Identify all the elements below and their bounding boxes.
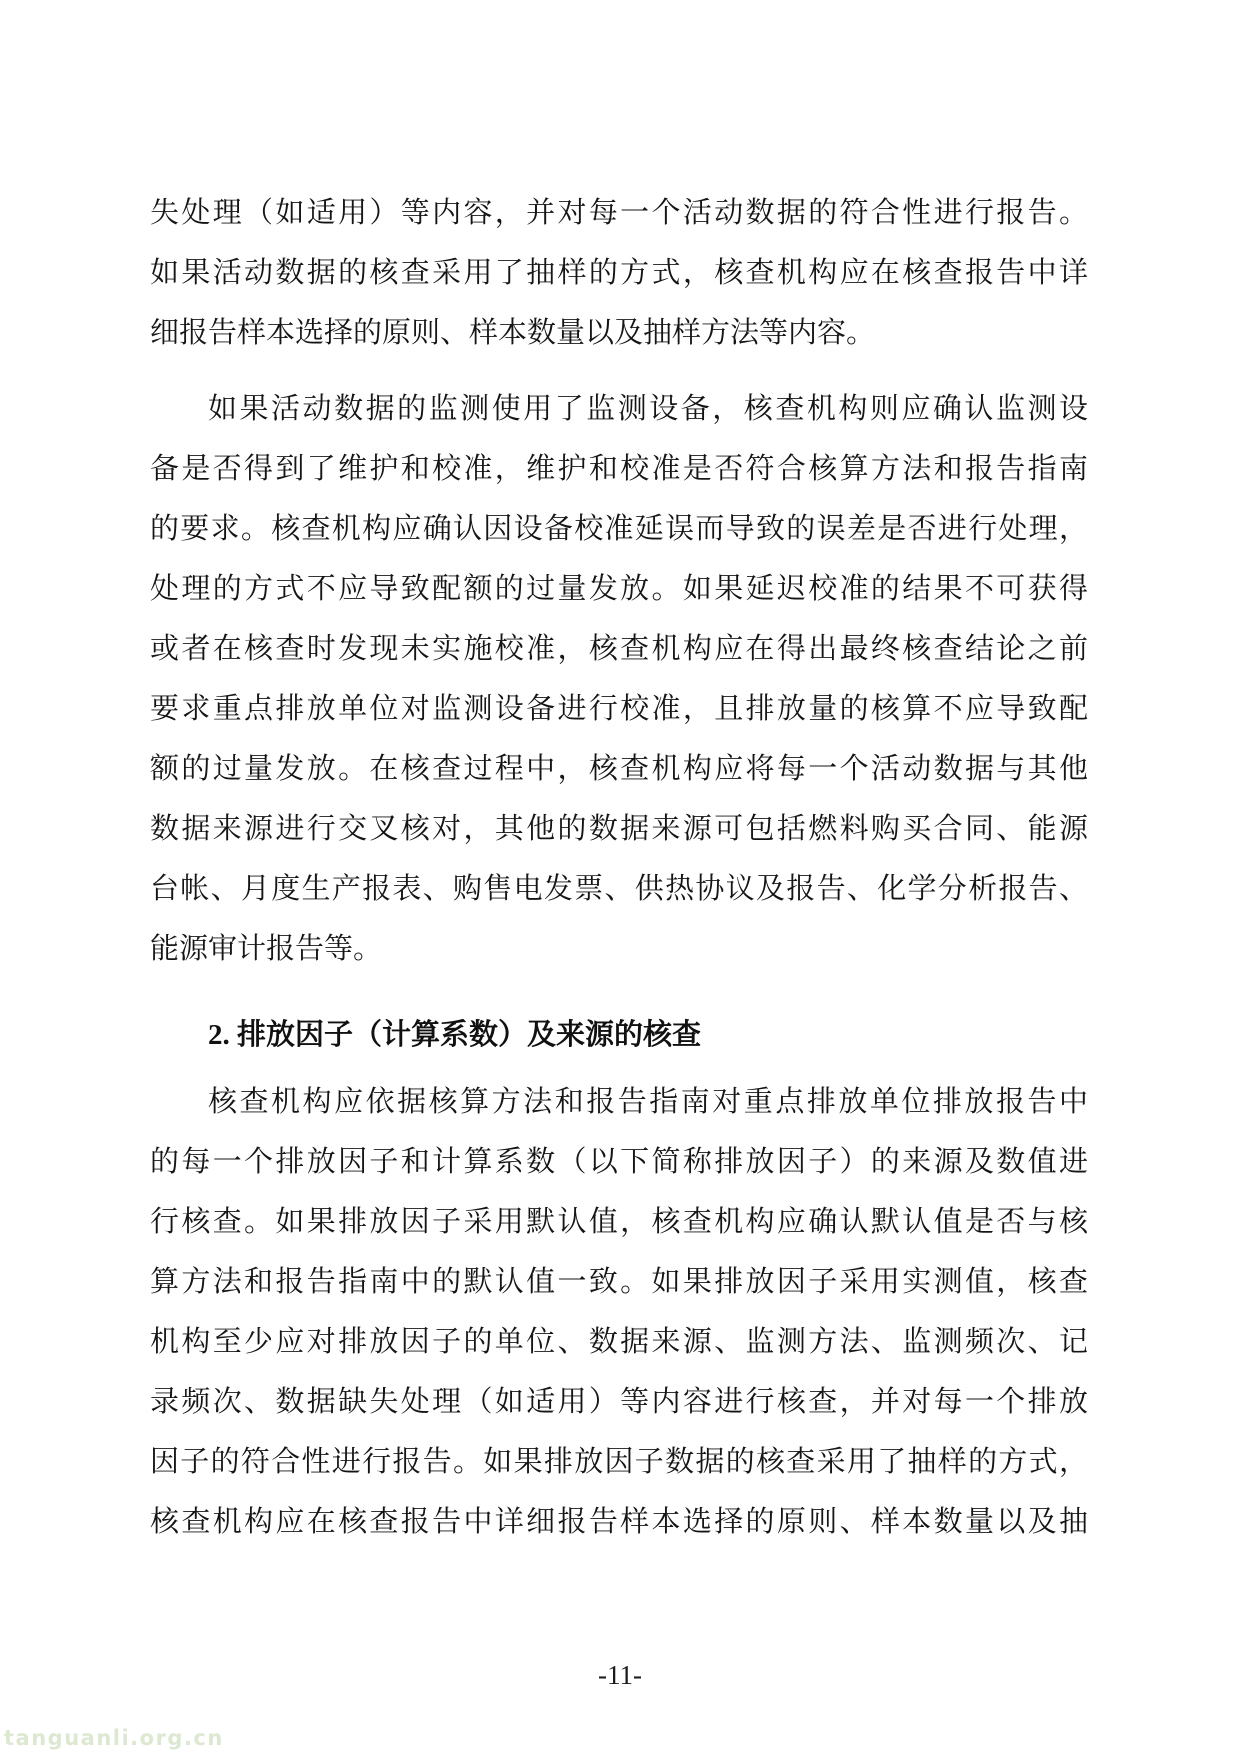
text-line: 录频次、数据缺失处理（如适用）等内容进行核查，并对每一个排放	[150, 1372, 1088, 1432]
text-line: 台帐、月度生产报表、购售电发票、供热协议及报告、化学分析报告、	[150, 859, 1088, 919]
paragraph-1: 失处理（如适用）等内容，并对每一个活动数据的符合性进行报告。 如果活动数据的核查…	[150, 183, 1088, 363]
text-line: 备是否得到了维护和校准，维护和校准是否符合核算方法和报告指南	[150, 439, 1088, 499]
text-line: 的每一个排放因子和计算系数（以下简称排放因子）的来源及数值进	[150, 1132, 1088, 1192]
text-line: 能源审计报告等。	[150, 919, 1088, 979]
text-line: 如果活动数据的核查采用了抽样的方式，核查机构应在核查报告中详	[150, 243, 1088, 303]
section-heading: 2. 排放因子（计算系数）及来源的核查	[150, 1005, 1088, 1065]
text-line: 或者在核查时发现未实施校准，核查机构应在得出最终核查结论之前	[150, 619, 1088, 679]
page-number: -11-	[0, 1660, 1240, 1690]
text-line: 行核查。如果排放因子采用默认值，核查机构应确认默认值是否与核	[150, 1192, 1088, 1252]
text-line: 核查机构应在核查报告中详细报告样本选择的原则、样本数量以及抽	[150, 1492, 1088, 1552]
paragraph-2: 如果活动数据的监测使用了监测设备，核查机构则应确认监测设 备是否得到了维护和校准…	[150, 379, 1088, 979]
text-line: 如果活动数据的监测使用了监测设备，核查机构则应确认监测设	[150, 379, 1088, 439]
text-line: 细报告样本选择的原则、样本数量以及抽样方法等内容。	[150, 303, 1088, 363]
text-line: 数据来源进行交叉核对，其他的数据来源可包括燃料购买合同、能源	[150, 799, 1088, 859]
document-page: 失处理（如适用）等内容，并对每一个活动数据的符合性进行报告。 如果活动数据的核查…	[0, 0, 1240, 1754]
text-line: 额的过量发放。在核查过程中，核查机构应将每一个活动数据与其他	[150, 739, 1088, 799]
text-line: 算方法和报告指南中的默认值一致。如果排放因子采用实测值，核查	[150, 1252, 1088, 1312]
text-line: 要求重点排放单位对监测设备进行校准，且排放量的核算不应导致配	[150, 679, 1088, 739]
text-line: 失处理（如适用）等内容，并对每一个活动数据的符合性进行报告。	[150, 183, 1088, 243]
text-line: 核查机构应依据核算方法和报告指南对重点排放单位排放报告中	[150, 1072, 1088, 1132]
text-line: 的要求。核查机构应确认因设备校准延误而导致的误差是否进行处理，	[150, 499, 1088, 559]
text-block: 失处理（如适用）等内容，并对每一个活动数据的符合性进行报告。 如果活动数据的核查…	[150, 183, 1088, 1552]
text-line: 处理的方式不应导致配额的过量发放。如果延迟校准的结果不可获得	[150, 559, 1088, 619]
watermark: tanguanli.org.cn	[4, 1726, 224, 1750]
text-line: 机构至少应对排放因子的单位、数据来源、监测方法、监测频次、记	[150, 1312, 1088, 1372]
text-line: 因子的符合性进行报告。如果排放因子数据的核查采用了抽样的方式，	[150, 1432, 1088, 1492]
paragraph-3: 核查机构应依据核算方法和报告指南对重点排放单位排放报告中 的每一个排放因子和计算…	[150, 1072, 1088, 1552]
